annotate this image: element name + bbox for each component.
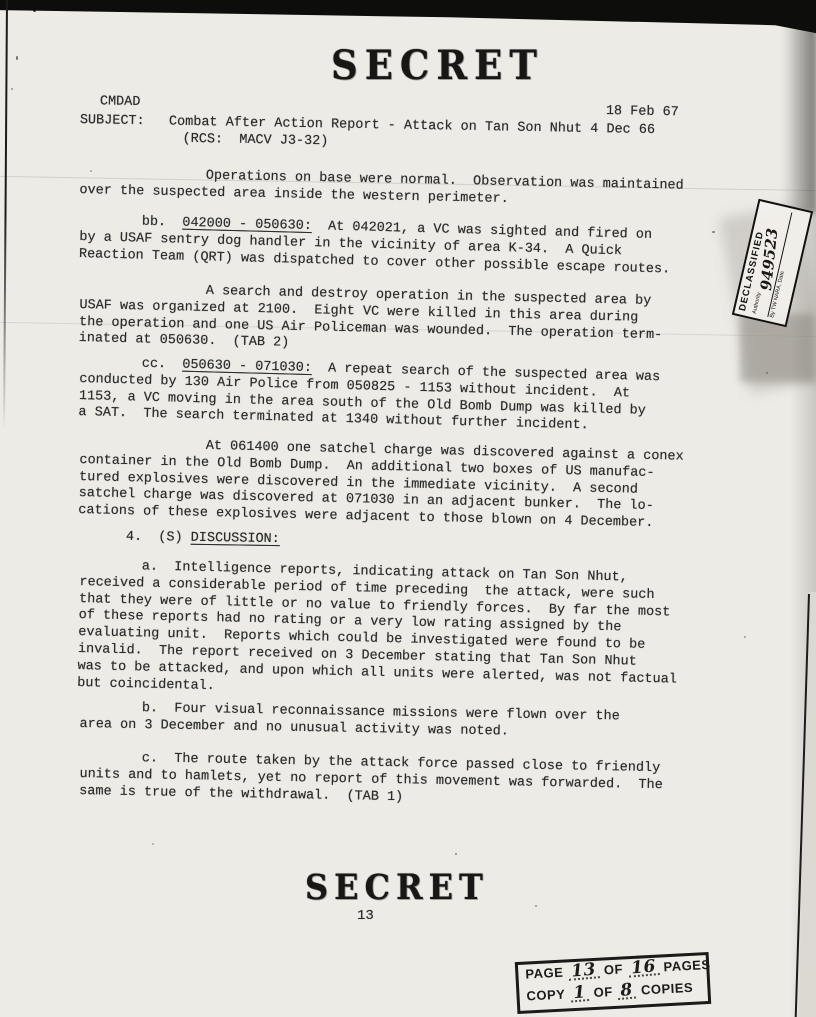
paragraph-cc-timeline: cc. 050630 - 071030: A repeat search of … [78,355,728,439]
text-line: 4. (S) DISCUSSION: [80,529,728,556]
scan-edge-top [0,0,816,36]
scan-speck [766,372,768,374]
paragraph-operations: Operations on base were normal. Observat… [79,166,728,213]
authority-label: Authority [752,292,763,315]
of-label: OF [593,984,613,1000]
underlined-time-span: 050630 - 071030: [182,358,312,376]
declassified-stamp: DECLASSIFIED Authority949523 By TW NARA,… [722,198,816,328]
secret-stamp-top: SECRET [331,41,544,89]
of-label: OF [603,961,623,977]
declassified-stamp-box: DECLASSIFIED Authority949523 By TW NARA,… [732,199,813,328]
paragraph-discussion-c: c. The route taken by the attack force p… [79,750,728,813]
pages-label: PAGES [663,957,711,974]
copies-label: COPIES [641,980,694,998]
scan-speck [11,88,13,90]
scan-speck [535,905,537,907]
scanned-document-page: SECRET CMDAD 18 Feb 67 SUBJECT: Combat A… [0,0,816,1017]
copies-total-handwritten: 8 [617,983,637,1001]
copy-label: COPY [526,987,566,1004]
subject-label: SUBJECT: [80,113,145,129]
scan-speck [152,843,154,845]
scan-speck [455,853,457,855]
paragraph-discussion-b: b. Four visual reconnaissance missions w… [79,700,727,745]
document-date: 18 Feb 67 [606,104,726,123]
section-discussion-heading: 4. (S) DISCUSSION: [80,529,728,556]
page-edge-line-left [3,0,8,430]
pages-total-handwritten: 16 [627,959,659,978]
paragraph-search-destroy: A search and destroy operation in the su… [78,281,727,363]
underlined-time-span: 042000 - 050630: [182,216,312,234]
page-value-handwritten: 13 [568,962,600,981]
underlined-heading: DISCUSSION: [191,531,280,547]
scan-shadow-top-right [782,18,816,213]
paragraph-bb-timeline: bb. 042000 - 050630: At 042021, a VC was… [79,213,728,280]
copy-value-handwritten: 1 [570,985,590,1003]
page-copy-box: PAGE 13 OF 16 PAGES COPY 1 OF 8 COPIES [515,952,711,1014]
page-label: PAGE [525,965,564,982]
paragraph-discussion-a: a. Intelligence reports, indicating atta… [77,558,728,707]
secret-stamp-bottom: SECRET [305,866,489,907]
scan-speck [744,636,746,638]
page-number: 13 [357,908,397,925]
scan-speck [16,56,18,60]
paragraph-satchel-charges: At 061400 one satchel charge was discove… [78,436,728,535]
